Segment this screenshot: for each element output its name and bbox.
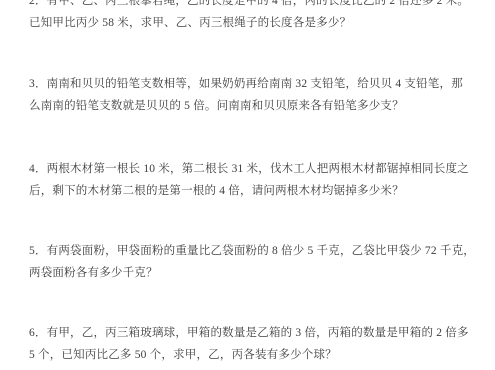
worksheet-page: 2．有甲、乙、丙三根攀岩绳，乙的长度是甲的 4 倍，丙的长度比乙的 2 倍还多 …	[0, 0, 495, 370]
problem-4-line-1: 4．两根木材第一根长 10 米，第二根长 31 米，伐木工人把两根木材都锯掉相同…	[29, 158, 495, 180]
problem-2: 2．有甲、乙、丙三根攀岩绳，乙的长度是甲的 4 倍，丙的长度比乙的 2 倍还多 …	[29, 0, 495, 34]
problem-3-line-2: 么南南的铅笔支数就是贝贝的 5 倍。问南南和贝贝原来各有铅笔多少支？	[29, 95, 495, 117]
problem-4-line-2: 后，剩下的木材第二根的是第一根的 4 倍，请问两根木材均锯掉多少米？	[29, 180, 495, 202]
problem-2-line-2: 已知甲比丙少 58 米，求甲、乙、丙三根绳子的长度各是多少？	[29, 12, 495, 34]
problem-5: 5．有两袋面粉，甲袋面粉的重量比乙袋面粉的 8 倍少 5 千克，乙袋比甲袋少 7…	[29, 240, 495, 284]
problem-6-line-2: 5 个，已知丙比乙多 50 个，求甲，乙，丙各装有多少个球？	[29, 344, 495, 366]
problem-4: 4．两根木材第一根长 10 米，第二根长 31 米，伐木工人把两根木材都锯掉相同…	[29, 158, 495, 202]
problem-3-line-1: 3．南南和贝贝的铅笔支数相等，如果奶奶再给南南 32 支铅笔，给贝贝 4 支铅笔…	[29, 73, 495, 95]
problem-5-line-2: 两袋面粉各有多少千克？	[29, 262, 495, 284]
problem-2-line-1: 2．有甲、乙、丙三根攀岩绳，乙的长度是甲的 4 倍，丙的长度比乙的 2 倍还多 …	[29, 0, 495, 12]
problem-6-line-1: 6．有甲，乙，丙三箱玻璃球，甲箱的数量是乙箱的 3 倍，丙箱的数量是甲箱的 2 …	[29, 322, 495, 344]
problem-5-line-1: 5．有两袋面粉，甲袋面粉的重量比乙袋面粉的 8 倍少 5 千克，乙袋比甲袋少 7…	[29, 240, 495, 262]
problem-3: 3．南南和贝贝的铅笔支数相等，如果奶奶再给南南 32 支铅笔，给贝贝 4 支铅笔…	[29, 73, 495, 117]
problem-6: 6．有甲，乙，丙三箱玻璃球，甲箱的数量是乙箱的 3 倍，丙箱的数量是甲箱的 2 …	[29, 322, 495, 366]
